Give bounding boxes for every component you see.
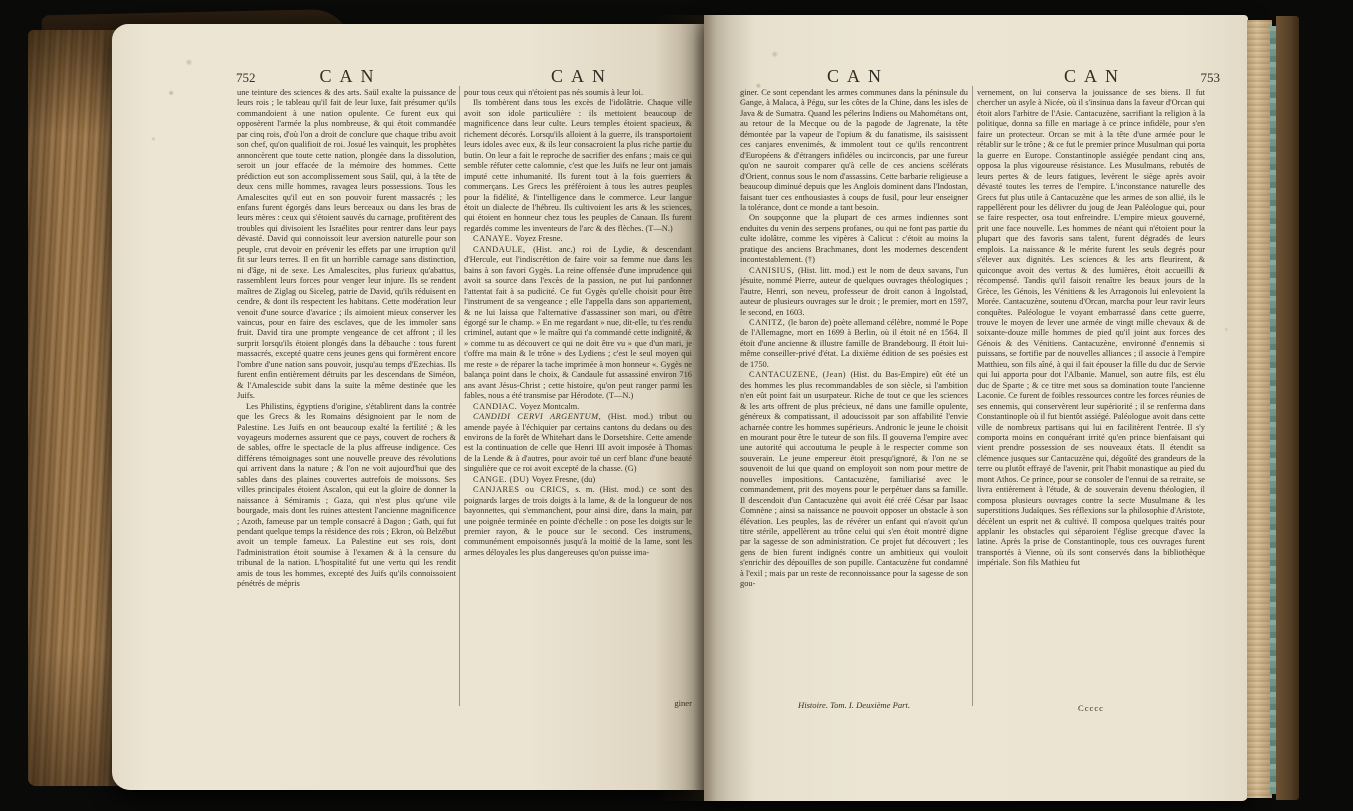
- text-column-4: vernement, on lui conserva la jouissance…: [977, 88, 1205, 704]
- entry-headword: CANJARES ou CRICS,: [473, 485, 575, 494]
- entry-headword: CANISIUS,: [749, 266, 798, 275]
- running-head: CAN: [237, 66, 456, 87]
- entry-headword: CANTACUZENE, (Jean): [749, 370, 850, 379]
- page-edge-stack: [1247, 20, 1272, 798]
- paragraph: CANGE. (DU) Voyez Fresne, (du): [464, 475, 692, 485]
- running-head: CAN: [740, 66, 968, 87]
- entry-headword: CANGE. (DU): [473, 475, 532, 484]
- text-column-3: giner. Ce sont cependant les armes commu…: [740, 88, 968, 704]
- book-photo: 752 CAN CAN une teinture des sciences & …: [0, 0, 1353, 811]
- page-number: 753: [1160, 70, 1220, 86]
- column-divider: [459, 86, 460, 706]
- entry-headword: CANDIDI CERVI ARGENTUM,: [473, 412, 608, 421]
- paragraph: pour tous ceux qui n'étoient pas nés sou…: [464, 88, 692, 98]
- signature-mark: Ccccc: [977, 703, 1205, 713]
- running-head: CAN: [464, 66, 692, 87]
- paragraph: Ils tombèrent dans tous les excès de l'i…: [464, 98, 692, 234]
- paragraph: CANISIUS, (Hist. litt. mod.) est le nom …: [740, 266, 968, 318]
- paragraph: CANDIAC. Voyez Montcalm.: [464, 402, 692, 412]
- paragraph: CANAYE. Voyez Fresne.: [464, 234, 692, 244]
- paragraph: giner. Ce sont cependant les armes commu…: [740, 88, 968, 213]
- entry-headword: CANAYE.: [473, 234, 515, 243]
- paragraph: CANITZ, (le baron de) poète allemand cél…: [740, 318, 968, 370]
- book-cover-board: [1276, 16, 1299, 800]
- paragraph: On soupçonne que la plupart de ces armes…: [740, 213, 968, 265]
- column-divider: [972, 86, 973, 706]
- paragraph: CANTACUZENE, (Jean) (Hist. du Bas-Empire…: [740, 370, 968, 590]
- paragraph: vernement, on lui conserva la jouissance…: [977, 88, 1205, 569]
- paragraph: Les Philistins, égyptiens d'origine, s'é…: [237, 402, 456, 590]
- catchword: giner: [464, 698, 698, 708]
- paragraph: CANDIDI CERVI ARGENTUM, (Hist. mod.) tri…: [464, 412, 692, 475]
- paragraph: une teinture des sciences & des arts. Sa…: [237, 88, 456, 402]
- text-column-2: pour tous ceux qui n'étoient pas nés sou…: [464, 88, 692, 704]
- footer-imprint: Histoire. Tom. I. Deuxième Part.: [740, 700, 968, 710]
- paragraph: CANDAULE, (Hist. anc.) roi de Lydie, & d…: [464, 245, 692, 402]
- entry-headword: CANITZ,: [749, 318, 788, 327]
- paragraph: CANJARES ou CRICS, s. m. (Hist. mod.) ce…: [464, 485, 692, 558]
- entry-headword: CANDIAC.: [473, 402, 520, 411]
- entry-headword: CANDAULE,: [473, 245, 533, 254]
- text-column-1: une teinture des sciences & des arts. Sa…: [237, 88, 456, 704]
